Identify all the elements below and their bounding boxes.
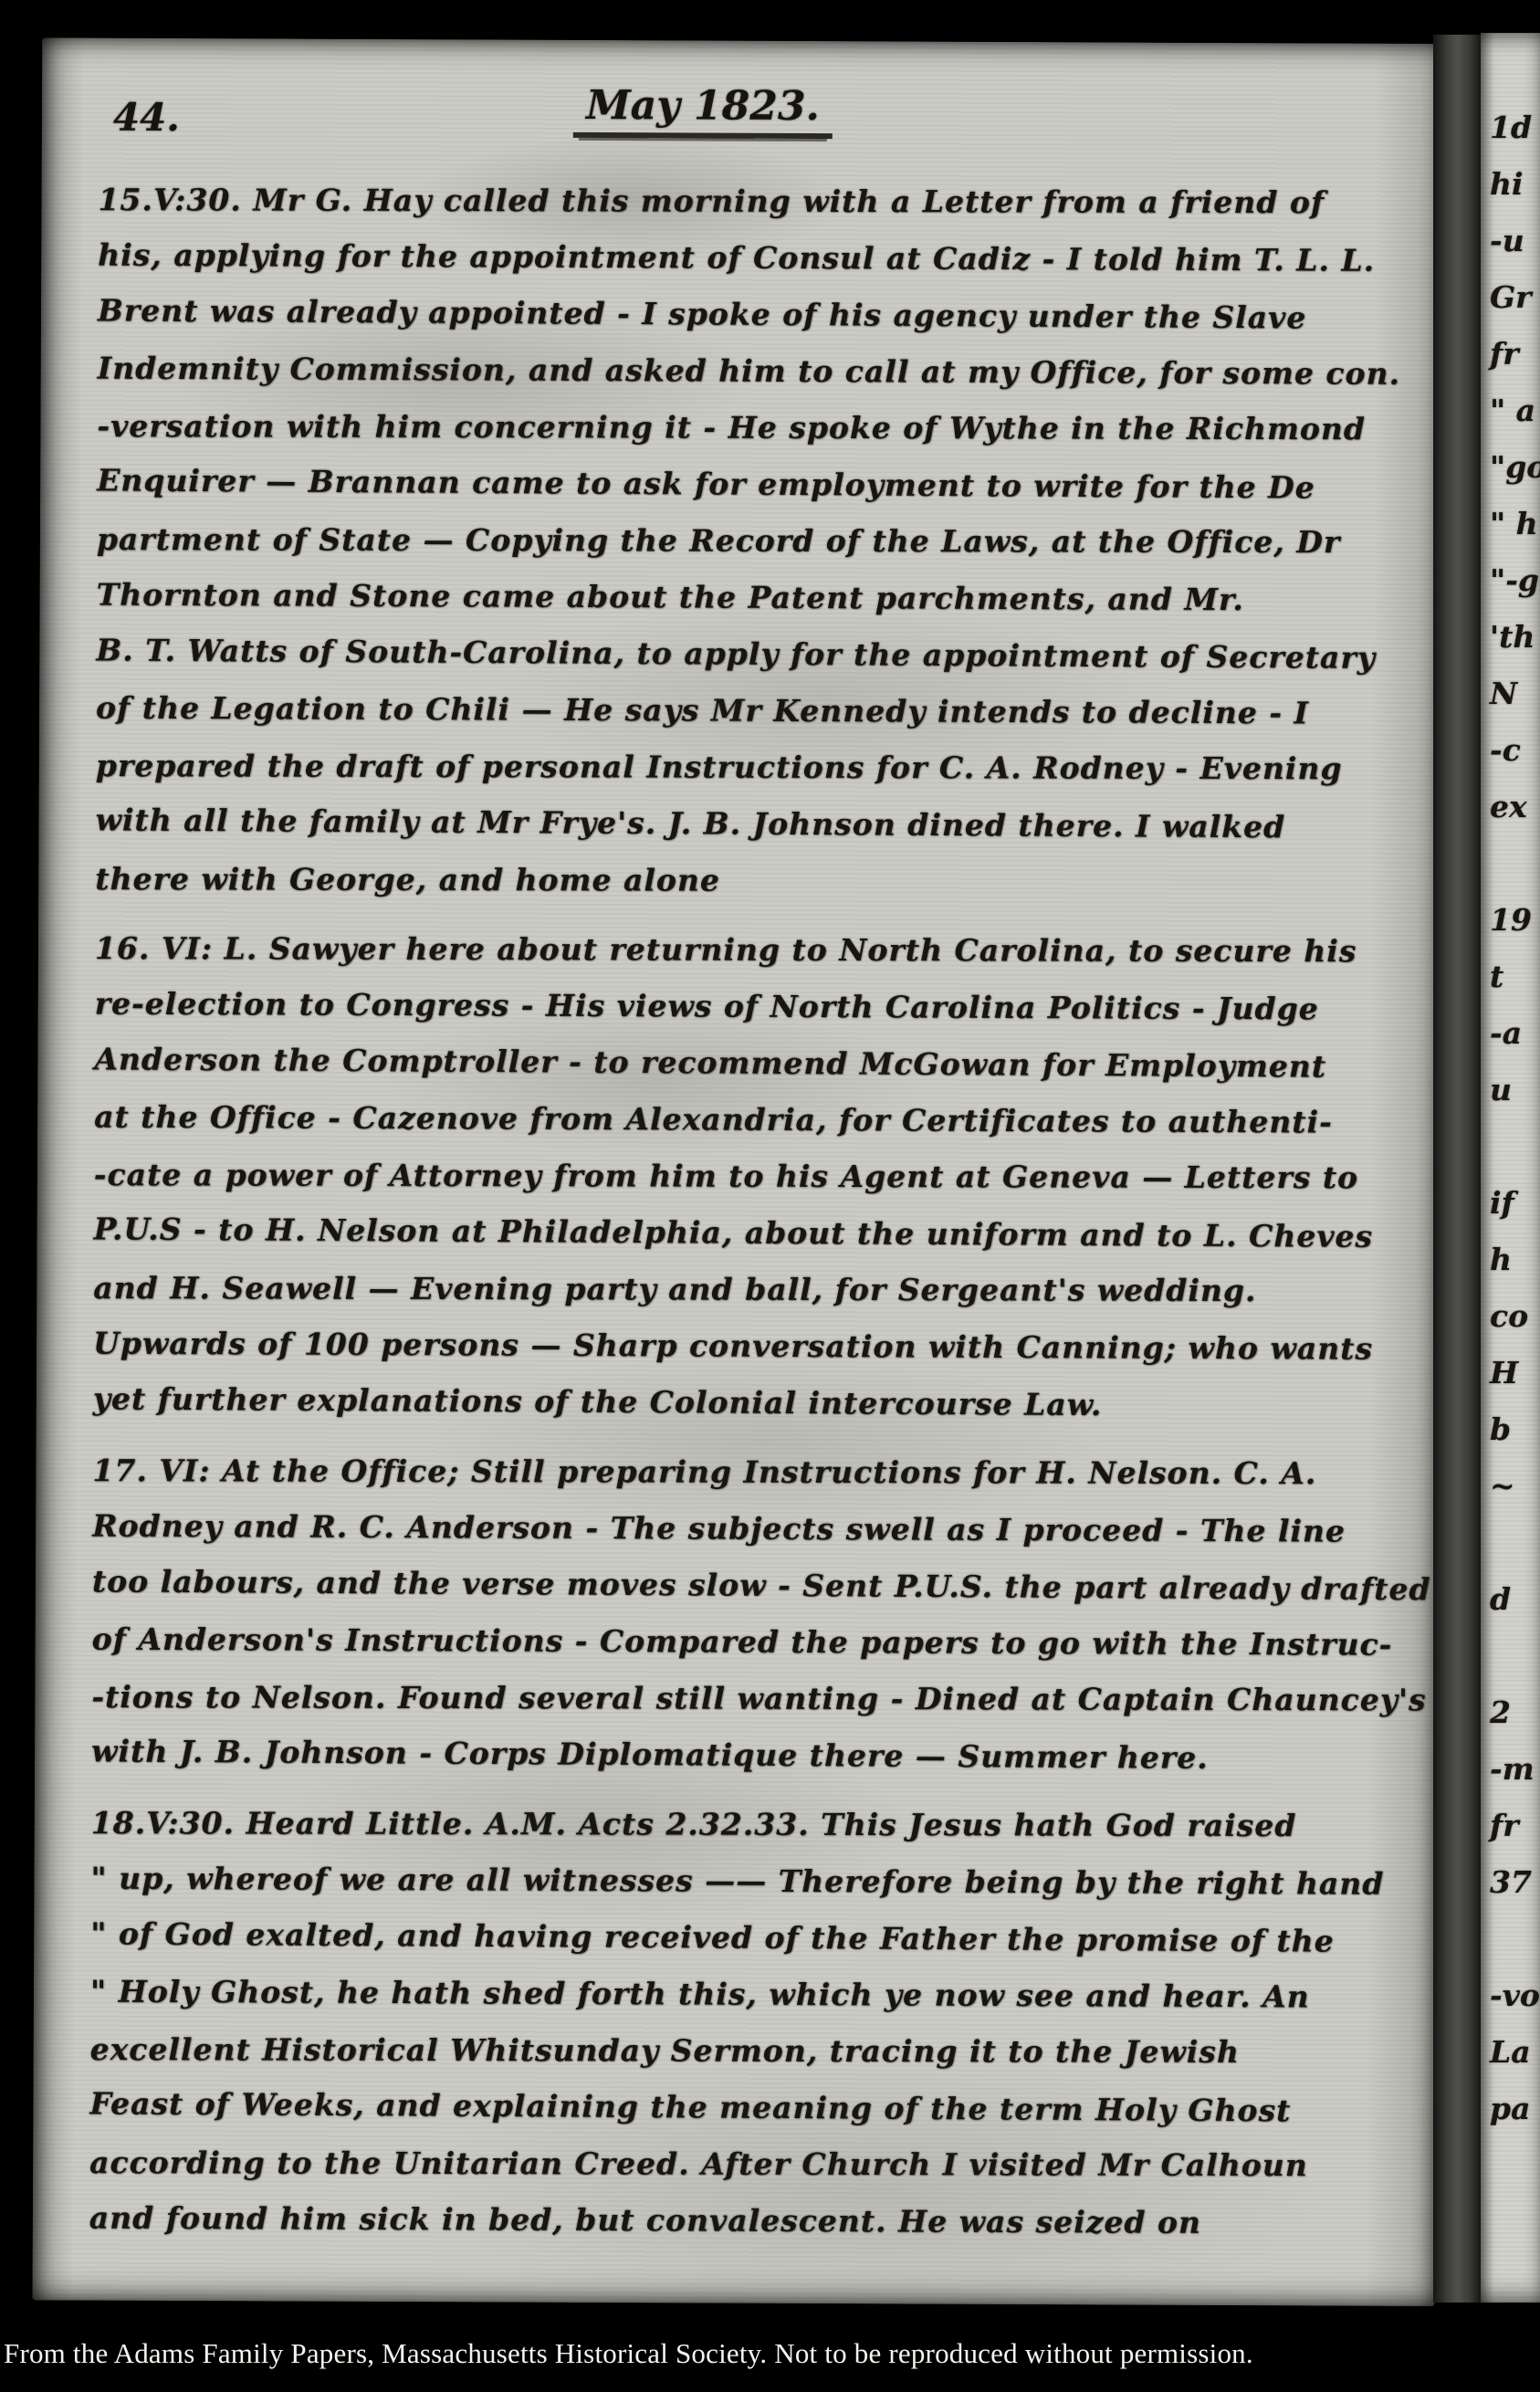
fragment-line: 37: [1481, 1857, 1540, 1914]
manuscript-page: 44. May 1823. 15.V:30. Mr G. Hay called …: [32, 37, 1444, 2306]
fragment-line: La: [1481, 2027, 1540, 2083]
manuscript-line: " Holy Ghost, he hath shed forth this, w…: [90, 1967, 1399, 2029]
manuscript-line: -versation with him concerning it - He s…: [97, 401, 1406, 460]
fragment-line: " a: [1481, 385, 1540, 442]
fragment-line: 19: [1481, 895, 1540, 951]
fragment-line: b: [1481, 1404, 1540, 1461]
manuscript-line: Brent was already appointed - I spoke of…: [98, 285, 1407, 350]
manuscript-line: Anderson the Comptroller - to recommend …: [94, 1033, 1403, 1098]
manuscript-line: prepared the draft of personal Instructi…: [96, 740, 1405, 800]
manuscript-line: partment of State — Copying the Record o…: [97, 514, 1406, 573]
manuscript-line: " of God exalted, and having received of…: [90, 1908, 1399, 1973]
manuscript-line: of the Legation to Chili — He says Mr Ke…: [96, 683, 1405, 745]
page-title: May 1823.: [573, 82, 833, 139]
fragment-line: -a: [1481, 1008, 1540, 1065]
diary-entry-may-16: 16. VI: L. Sawyer here about returning t…: [93, 922, 1404, 1437]
fragment-line: h: [1481, 1234, 1540, 1291]
fragment-line: [1481, 1631, 1540, 1687]
fragment-line: -c: [1481, 725, 1540, 782]
manuscript-line: re-election to Congress - His views of N…: [95, 979, 1404, 1041]
fragment-line: -u: [1481, 215, 1540, 272]
manuscript-line: 15.V:30. Mr G. Hay called this morning w…: [98, 174, 1407, 234]
facing-page-sliver: 1dhi-uGrfr" a"go" h"-g'thN-cex19t-auifhc…: [1481, 33, 1540, 2303]
fragment-line: " h: [1481, 498, 1540, 555]
page-title-wrap: May 1823.: [99, 80, 1307, 142]
manuscript-line: yet further explanations of the Colonial…: [93, 1373, 1402, 1438]
manuscript-line: excellent Historical Whitsunday Sermon, …: [90, 2024, 1399, 2083]
fragment-line: t: [1481, 951, 1540, 1008]
fragment-line: [1481, 1914, 1540, 1970]
fragment-line: 2: [1481, 1687, 1540, 1744]
fragment-line: [1481, 1121, 1540, 1178]
manuscript-line: with J. B. Johnson - Corps Diplomatique …: [91, 1726, 1400, 1790]
fragment-line: pa: [1481, 2083, 1540, 2140]
manuscript-line: Indemnity Commission, and asked him to c…: [98, 343, 1407, 405]
manuscript-line: 17. VI: At the Office; Still preparing I…: [92, 1445, 1401, 1505]
fragment-line: [1481, 838, 1540, 895]
manuscript-line: and found him sick in bed, but convalesc…: [89, 2193, 1399, 2255]
fragment-line: 'th: [1481, 612, 1540, 668]
manuscript-line: " up, whereof we are all witnesses —— Th…: [90, 1853, 1399, 1915]
fragment-line: "go: [1481, 442, 1540, 498]
manuscript-line: Rodney and R. C. Anderson - The subjects…: [92, 1501, 1401, 1563]
fragment-line: H: [1481, 1348, 1540, 1404]
archive-caption: From the Adams Family Papers, Massachuse…: [4, 2337, 1537, 2370]
fragment-line: [1481, 1517, 1540, 1574]
manuscript-line: -cate a power of Attorney from him to hi…: [94, 1149, 1403, 1209]
diary-entry-may-18: 18.V:30. Heard Little. A.M. Acts 2.32.33…: [89, 1797, 1400, 2255]
manuscript-line: with all the family at Mr Frye's. J. B. …: [95, 794, 1404, 859]
fragment-line: ~: [1481, 1461, 1540, 1517]
page-content: 44. May 1823. 15.V:30. Mr G. Hay called …: [33, 37, 1445, 2255]
manuscript-line: Upwards of 100 persons — Sharp conversat…: [93, 1318, 1402, 1380]
fragment-line: -m: [1481, 1744, 1540, 1800]
diary-entry-may-15: 15.V:30. Mr G. Hay called this morning w…: [95, 173, 1408, 915]
manuscript-line: of Anderson's Instructions - Compared th…: [91, 1614, 1400, 1676]
fragment-line: fr: [1481, 329, 1540, 385]
fragment-line: d: [1481, 1574, 1540, 1631]
facing-page-text-fragments: 1dhi-uGrfr" a"go" h"-g'thN-cex19t-auifhc…: [1481, 33, 1540, 2140]
manuscript-line: Thornton and Stone came about the Patent…: [96, 570, 1405, 632]
fragment-line: N: [1481, 668, 1540, 725]
manuscript-line: Enquirer — Brannan came to ask for emplo…: [97, 455, 1406, 519]
fragment-line: 1d: [1481, 102, 1540, 159]
manuscript-line: according to the Unitarian Creed. After …: [89, 2137, 1399, 2197]
fragment-line: Gr: [1481, 272, 1540, 329]
manuscript-line: Feast of Weeks, and explaining the meani…: [89, 2078, 1399, 2143]
diary-entry-may-17: 17. VI: At the Office; Still preparing I…: [91, 1444, 1402, 1789]
fragment-line: u: [1481, 1065, 1540, 1121]
fragment-line: "-g: [1481, 555, 1540, 612]
fragment-line: co: [1481, 1291, 1540, 1348]
fragment-line: -vo: [1481, 1970, 1540, 2027]
manuscript-line: -tions to Nelson. Found several still wa…: [91, 1672, 1400, 1731]
manuscript-line: his, applying for the appointment of Con…: [98, 230, 1407, 292]
manuscript-line: B. T. Watts of South-Carolina, to apply …: [96, 624, 1405, 689]
manuscript-body: 15.V:30. Mr G. Hay called this morning w…: [89, 173, 1408, 2255]
manuscript-line: 18.V:30. Heard Little. A.M. Acts 2.32.33…: [91, 1798, 1400, 1857]
page-gutter-shadow: [1433, 35, 1482, 2303]
manuscript-line: P.U.S - to H. Nelson at Philadelphia, ab…: [93, 1203, 1402, 1268]
fragment-line: hi: [1481, 159, 1540, 215]
fragment-line: ex: [1481, 782, 1540, 838]
manuscript-line: too labours, and the verse moves slow - …: [92, 1556, 1401, 1621]
fragment-line: if: [1481, 1178, 1540, 1234]
manuscript-line: and H. Seawell — Evening party and ball,…: [93, 1263, 1402, 1322]
manuscript-line: 16. VI: L. Sawyer here about returning t…: [95, 923, 1404, 982]
manuscript-line: at the Office - Cazenove from Alexandria…: [94, 1092, 1403, 1154]
page-header: 44. May 1823.: [99, 62, 1409, 179]
microfilm-scan: { "manuscript": { "page_number": "44.", …: [0, 0, 1540, 2392]
fragment-line: fr: [1481, 1800, 1540, 1857]
manuscript-line: there with George, and home alone: [95, 854, 1404, 913]
